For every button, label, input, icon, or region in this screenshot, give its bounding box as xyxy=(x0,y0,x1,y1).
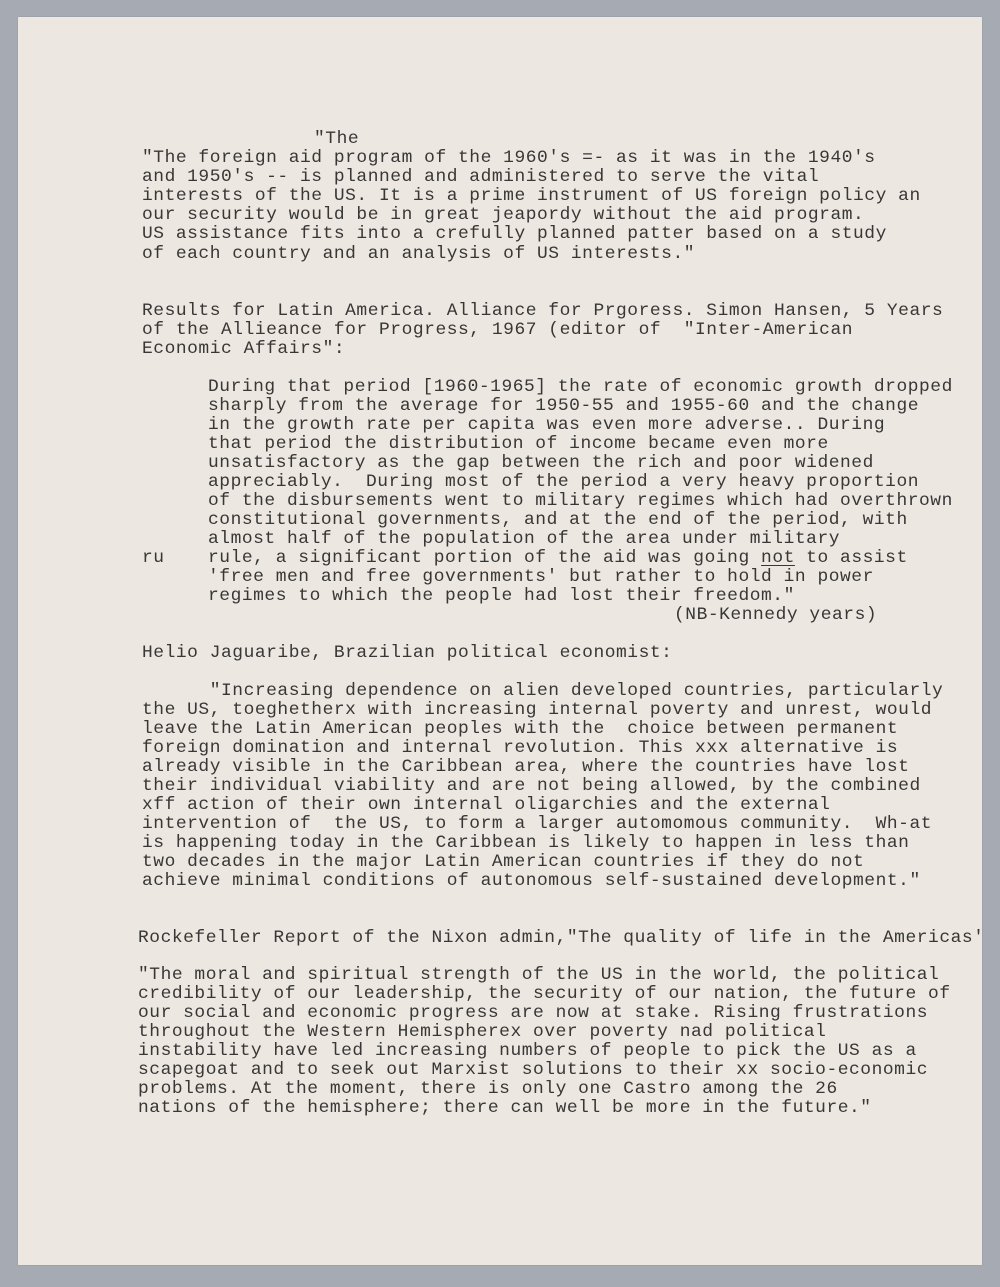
text-line: that period the distribution of income b… xyxy=(208,435,829,454)
text-line: foreign domination and internal revoluti… xyxy=(142,739,898,758)
text-line: Results for Latin America. Alliance for … xyxy=(142,302,943,321)
text-line: two decades in the major Latin American … xyxy=(142,853,864,872)
text-line: their individual viability and are not b… xyxy=(142,777,921,796)
text-line-with-underline: rule, a significant portion of the aid w… xyxy=(208,549,908,568)
text-line: unsatisfactory as the gap between the ri… xyxy=(208,454,874,473)
text-line: "Increasing dependence on alien develope… xyxy=(142,682,943,701)
text-line: credibility of our leadership, the secur… xyxy=(138,985,951,1004)
margin-note: ru xyxy=(142,549,165,568)
text-line: and 1950's -- is planned and administere… xyxy=(142,168,819,187)
text-line: xff action of their own internal oligarc… xyxy=(142,796,830,815)
text-line: sharply from the average for 1950-55 and… xyxy=(208,397,919,416)
text-line: is happening today in the Caribbean is l… xyxy=(142,834,909,853)
text-line: constitutional governments, and at the e… xyxy=(208,511,908,530)
text-line: of the disbursements went to military re… xyxy=(208,492,953,511)
annotation-note: (NB-Kennedy years) xyxy=(674,606,877,625)
text-line: scapegoat and to seek out Marxist soluti… xyxy=(138,1061,928,1080)
text-line: instability have led increasing numbers … xyxy=(138,1042,917,1061)
text-line: of the Allieance for Progress, 1967 (edi… xyxy=(142,321,853,340)
text-line: interests of the US. It is a prime instr… xyxy=(142,187,921,206)
stray-opening-text: "The xyxy=(314,130,359,149)
text-line: our security would be in great jeapordy … xyxy=(142,206,864,225)
text-line: US assistance fits into a crefully plann… xyxy=(142,225,887,244)
text-line: already visible in the Caribbean area, w… xyxy=(142,758,909,777)
text-line: in the growth rate per capita was even m… xyxy=(208,416,885,435)
text-line: the US, toeghetherx with increasing inte… xyxy=(142,701,932,720)
text-line: problems. At the moment, there is only o… xyxy=(138,1080,838,1099)
text-line: leave the Latin American peoples with th… xyxy=(142,720,898,739)
text-line: throughout the Western Hemispherex over … xyxy=(138,1023,826,1042)
text-segment: rule, a significant portion of the aid w… xyxy=(208,548,761,568)
text-line: Economic Affairs": xyxy=(142,340,345,359)
text-line: intervention of the US, to form a larger… xyxy=(142,815,932,834)
text-line: regimes to which the people had lost the… xyxy=(208,587,795,606)
jaguaribe-heading: Helio Jaguaribe, Brazilian political eco… xyxy=(142,644,672,663)
text-line: our social and economic progress are now… xyxy=(138,1004,928,1023)
text-line: "The moral and spiritual strength of the… xyxy=(138,966,939,985)
text-line: During that period [1960-1965] the rate … xyxy=(208,378,953,397)
text-line: almost half of the population of the are… xyxy=(208,530,840,549)
text-segment: to assist xyxy=(795,548,908,568)
text-line: appreciably. During most of the period a… xyxy=(208,473,919,492)
text-line: achieve minimal conditions of autonomous… xyxy=(142,872,921,891)
text-line: nations of the hemisphere; there can wel… xyxy=(138,1099,872,1118)
text-line: of each country and an analysis of US in… xyxy=(142,245,695,264)
rockefeller-heading: Rockefeller Report of the Nixon admin,"T… xyxy=(138,929,984,948)
text-line: "The foreign aid program of the 1960's =… xyxy=(142,149,876,168)
text-line: 'free men and free governments' but rath… xyxy=(208,568,874,587)
document-page: "The "The foreign aid program of the 196… xyxy=(18,17,982,1265)
underlined-word: not xyxy=(761,548,795,568)
